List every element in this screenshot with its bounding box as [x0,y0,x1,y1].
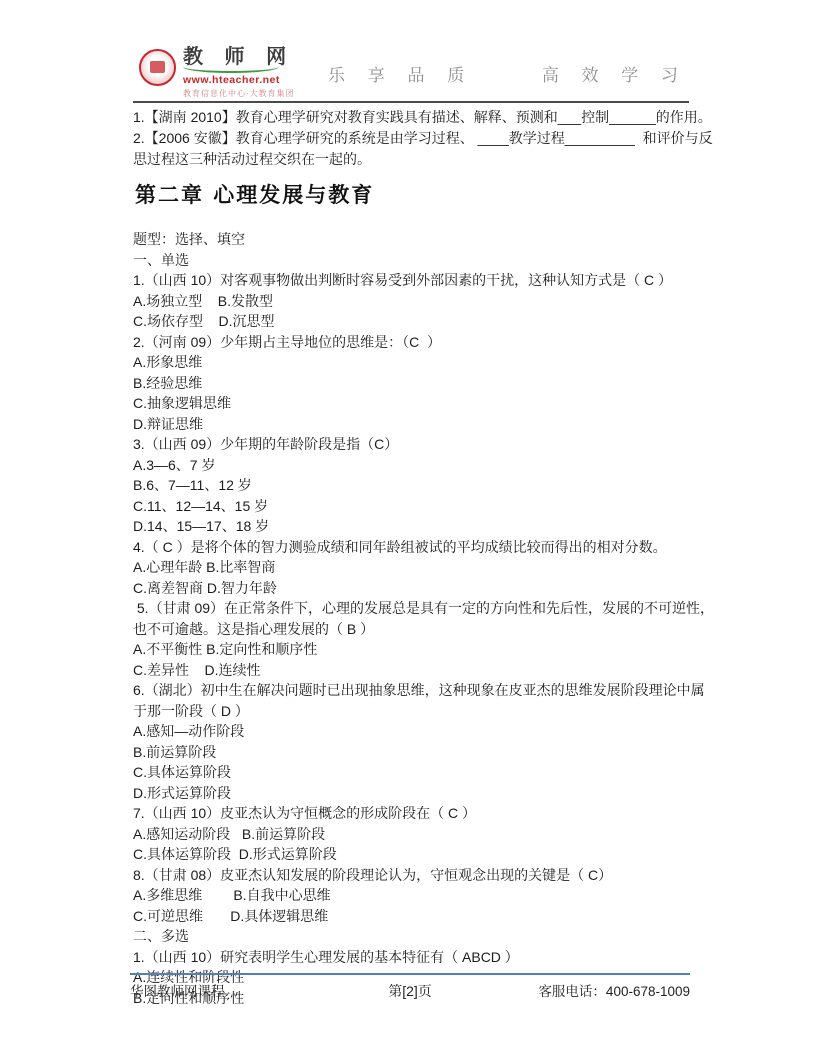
header-slogan: 乐 享 品 质 高 效 学 习 [328,61,687,86]
text-line: B.前运算阶段 [133,742,713,763]
text-line: B.经验思维 [133,373,713,394]
text-line: C.具体运算阶段 [133,762,713,783]
brand-url: www.hteacher.net [183,74,295,87]
text-line: A.形象思维 [133,352,713,373]
text-line: 2.（河南 09）少年期占主导地位的思维是：（C ） [133,332,713,353]
text-line: A.感知运动阶段 B.前运算阶段 [133,824,713,845]
text-line: A.不平衡性 B.定向性和顺序性 [133,639,713,660]
brand-seal-icon [139,49,176,86]
question-lines: 题型：选择、填空一、单选1.（山西 10）对客观事物做出判断时容易受到外部因素的… [133,229,713,1008]
text-line: C.场依存型 D.沉思型 [133,311,713,332]
text-line: C.11、12—14、15 岁 [133,496,713,517]
footer-course: 华图教师网课程 [130,980,317,1000]
text-line: C.差异性 D.连续性 [133,660,713,681]
text-line: D.14、15—17、18 岁 [133,516,713,537]
page-footer: 华图教师网课程 第[2]页 客服电话：400-678-1009 [130,973,690,1001]
footer-page-number: 第[2]页 [317,981,504,1001]
text-line: A.感知—动作阶段 [133,721,713,742]
brand-name: 教 师 网 [183,46,295,68]
text-line: A.3—6、7 岁 [133,455,713,476]
text-line: D.形式运算阶段 [133,783,713,804]
header-logo: 教 师 网 www.hteacher.net 教育信息化中心·大教育集团 [139,46,295,99]
text-line: D.辩证思维 [133,414,713,435]
text-line: 二、多选 [133,926,713,947]
brand-tagline: 教育信息化中心·大教育集团 [183,89,295,99]
document-page: 教 师 网 www.hteacher.net 教育信息化中心·大教育集团 乐 享… [0,0,816,1056]
text-line: C.可逆思维 D.具体逻辑思维 [133,906,713,927]
text-line: B.6、7—11、12 岁 [133,475,713,496]
text-line: A.场独立型 B.发散型 [133,291,713,312]
text-line: 也不可逾越。这是指心理发展的（ B ） [133,619,713,640]
text-line: 2.【2006 安徽】教育心理学研究的系统是由学习过程、 ____教学过程___… [133,128,713,149]
text-line: 7.（山西 10）皮亚杰认为守恒概念的形成阶段在（ C ） [133,803,713,824]
intro-questions: 1.【湖南 2010】教育心理学研究对教育实践具有描述、解释、预测和___控制_… [133,107,713,170]
text-line: 于那一阶段（ D ） [133,701,713,722]
text-line: 1.【湖南 2010】教育心理学研究对教育实践具有描述、解释、预测和___控制_… [133,107,713,128]
text-line: 思过程这三种活动过程交织在一起的。 [133,149,713,170]
footer-service-phone: 客服电话：400-678-1009 [503,980,690,1000]
text-line: 5.（甘肃 09）在正常条件下，心理的发展总是具有一定的方向性和先后性，发展的不… [133,598,713,619]
text-line: 4.（ C ）是将个体的智力测验成绩和同年龄组被试的平均成绩比较而得出的相对分数… [133,537,713,558]
text-line: 1.（山西 10）研究表明学生心理发展的基本特征有（ ABCD ） [133,947,713,968]
text-line: 3.（山西 09）少年期的年龄阶段是指（C） [133,434,713,455]
text-line: A.多维思维 B.自我中心思维 [133,885,713,906]
page-header: 教 师 网 www.hteacher.net 教育信息化中心·大教育集团 乐 享… [133,44,689,103]
text-line: C.抽象逻辑思维 [133,393,713,414]
text-line: C.具体运算阶段 D.形式运算阶段 [133,844,713,865]
text-line: 题型：选择、填空 [133,229,713,250]
text-line: 1.（山西 10）对客观事物做出判断时容易受到外部因素的干扰，这种认知方式是（ … [133,270,713,291]
text-line: C.离差智商 D.智力年龄 [133,578,713,599]
chapter-title: 第二章 心理发展与教育 [135,179,374,209]
brand-block: 教 师 网 www.hteacher.net 教育信息化中心·大教育集团 [183,46,295,99]
text-line: 一、单选 [133,250,713,271]
text-line: A.心理年龄 B.比率智商 [133,557,713,578]
text-line: 6.（湖北）初中生在解决问题时已出现抽象思维，这种现象在皮亚杰的思维发展阶段理论… [133,680,713,701]
text-line: 8.（甘肃 08）皮亚杰认知发展的阶段理论认为，守恒观念出现的关键是（ C） [133,865,713,886]
